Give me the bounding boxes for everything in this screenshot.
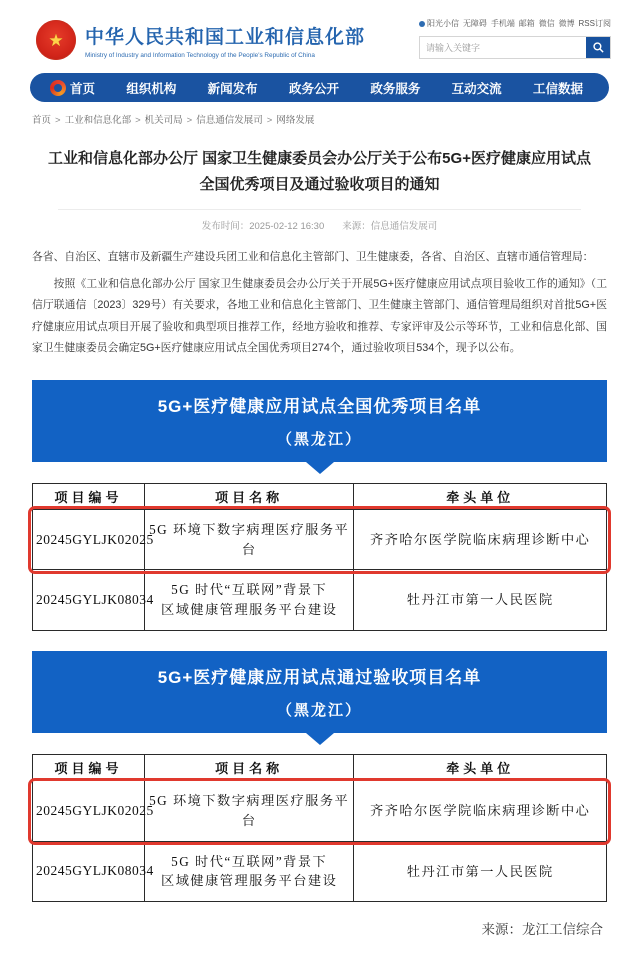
nav-item-5[interactable]: 政务服务 [370, 79, 420, 97]
page: ★ 中华人民共和国工业和信息化部 Ministry of Industry an… [0, 0, 639, 960]
project-table-1: 项目编号项目名称牵头单位20245GYLJK020255G 环境下数字病理医疗服… [32, 483, 607, 631]
search-input[interactable] [420, 37, 586, 58]
breadcrumb-link-1[interactable]: 首页 [32, 115, 51, 126]
breadcrumb-link-5[interactable]: 网络发展 [276, 115, 314, 126]
table-cell: 齐齐哈尔医学院临床病理诊断中心 [354, 509, 607, 570]
banner-title: 5G+医疗健康应用试点通过验收项目名单 [32, 663, 607, 688]
article-source: 来源：信息通信发展司 [342, 221, 437, 232]
nav-item-4[interactable]: 政务公开 [289, 79, 339, 97]
salutation: 各省、自治区、直辖市及新疆生产建设兵团工业和信息化主管部门、卫生健康委，各省、自… [32, 247, 607, 268]
table-row: 20245GYLJK080345G 时代“互联网”背景下区域健康管理服务平台建设… [33, 841, 607, 902]
table-cell: 20245GYLJK08034 [33, 570, 145, 631]
page-title-line2: 全国优秀项目及通过验收项目的通知 [199, 176, 439, 193]
column-header: 项目名称 [144, 755, 354, 781]
project-table: 项目编号项目名称牵头单位20245GYLJK020255G 环境下数字病理医疗服… [32, 483, 607, 631]
section-banner-2: 5G+医疗健康应用试点通过验收项目名单（黑龙江） [32, 651, 607, 733]
page-title-line1: 工业和信息化部办公厅 国家卫生健康委员会办公厅关于公布5G+医疗健康应用试点 [48, 150, 591, 167]
table-row: 20245GYLJK080345G 时代“互联网”背景下区域健康管理服务平台建设… [33, 570, 607, 631]
top-links: 阳光小信无障碍手机端邮箱微信微博RSS订阅 [419, 18, 611, 29]
title-divider [58, 209, 582, 210]
column-header: 项目名称 [144, 483, 354, 509]
nav-items: 首页组织机构新闻发布政务公开政务服务互动交流工信数据 [70, 79, 583, 97]
top-link-label: 微信 [539, 18, 555, 29]
top-link-6[interactable]: 微博 [559, 18, 575, 29]
search-icon [592, 41, 605, 54]
page-title: 工业和信息化部办公厅 国家卫生健康委员会办公厅关于公布5G+医疗健康应用试点 全… [45, 146, 595, 197]
search-box [419, 36, 611, 59]
banner-arrow-icon [306, 462, 334, 474]
top-link-label: 邮箱 [519, 18, 535, 29]
banner-subtitle: （黑龙江） [32, 428, 607, 449]
nav-item-1[interactable]: 首页 [70, 79, 95, 97]
nav-item-6[interactable]: 互动交流 [452, 79, 502, 97]
project-table: 项目编号项目名称牵头单位20245GYLJK020255G 环境下数字病理医疗服… [32, 754, 607, 902]
table-cell: 牡丹江市第一人民医院 [354, 570, 607, 631]
search-button[interactable] [586, 37, 610, 58]
breadcrumb-separator: > [267, 115, 273, 126]
table-header-row: 项目编号项目名称牵头单位 [33, 483, 607, 509]
top-link-7[interactable]: RSS订阅 [579, 18, 611, 29]
body-paragraph: 按照《工业和信息化部办公厅 国家卫生健康委员会办公厅关于开展5G+医疗健康应用试… [32, 274, 607, 360]
publish-time: 发布时间：2025-02-12 16:30 [202, 221, 325, 232]
table-cell: 20245GYLJK08034 [33, 841, 145, 902]
brand-text: 中华人民共和国工业和信息化部 Ministry of Industry and … [85, 22, 365, 59]
site-brand[interactable]: ★ 中华人民共和国工业和信息化部 Ministry of Industry an… [36, 20, 365, 60]
breadcrumb-separator: > [187, 115, 193, 126]
project-table-2: 项目编号项目名称牵头单位20245GYLJK020255G 环境下数字病理医疗服… [32, 754, 607, 902]
table-row: 20245GYLJK020255G 环境下数字病理医疗服务平台齐齐哈尔医学院临床… [33, 509, 607, 570]
top-link-label: RSS订阅 [579, 18, 611, 29]
breadcrumb-separator: > [55, 115, 61, 126]
breadcrumb-separator: > [135, 115, 141, 126]
site-header: ★ 中华人民共和国工业和信息化部 Ministry of Industry an… [0, 0, 639, 60]
section-banner-1: 5G+医疗健康应用试点全国优秀项目名单（黑龙江） [32, 380, 607, 462]
star-icon: ★ [48, 32, 63, 49]
nav-item-3[interactable]: 新闻发布 [208, 79, 258, 97]
table-cell: 5G 环境下数字病理医疗服务平台 [144, 509, 354, 570]
footer-source: 来源：龙江工信综合 [36, 918, 603, 938]
nav-item-7[interactable]: 工信数据 [533, 79, 583, 97]
table-header-row: 项目编号项目名称牵头单位 [33, 755, 607, 781]
table-row: 20245GYLJK020255G 环境下数字病理医疗服务平台齐齐哈尔医学院临床… [33, 781, 607, 842]
site-title: 中华人民共和国工业和信息化部 [85, 22, 365, 49]
table-cell: 20245GYLJK02025 [33, 781, 145, 842]
breadcrumb-link-3[interactable]: 机关司局 [145, 115, 183, 126]
nav-item-2[interactable]: 组织机构 [126, 79, 176, 97]
article: 工业和信息化部办公厅 国家卫生健康委员会办公厅关于公布5G+医疗健康应用试点 全… [0, 146, 639, 938]
top-link-label: 手机端 [491, 18, 515, 29]
column-header: 项目编号 [33, 755, 145, 781]
column-header: 牵头单位 [354, 755, 607, 781]
table-cell: 牡丹江市第一人民医院 [354, 841, 607, 902]
main-nav: 首页组织机构新闻发布政务公开政务服务互动交流工信数据 [30, 73, 609, 102]
column-header: 牵头单位 [354, 483, 607, 509]
table-cell: 5G 时代“互联网”背景下区域健康管理服务平台建设 [144, 570, 354, 631]
top-link-3[interactable]: 手机端 [491, 18, 515, 29]
header-right: 阳光小信无障碍手机端邮箱微信微博RSS订阅 [419, 18, 611, 59]
top-link-5[interactable]: 微信 [539, 18, 555, 29]
breadcrumb-link-2[interactable]: 工业和信息化部 [65, 115, 132, 126]
table-cell: 20245GYLJK02025 [33, 509, 145, 570]
table-cell: 5G 时代“互联网”背景下区域健康管理服务平台建设 [144, 841, 354, 902]
top-link-label: 微博 [559, 18, 575, 29]
sunshine-icon [419, 21, 425, 27]
column-header: 项目编号 [33, 483, 145, 509]
banner-subtitle: （黑龙江） [32, 699, 607, 720]
article-meta: 发布时间：2025-02-12 16:30来源：信息通信发展司 [0, 218, 639, 232]
miit-logo-icon [50, 80, 66, 96]
banner-title: 5G+医疗健康应用试点全国优秀项目名单 [32, 392, 607, 417]
banner-arrow-icon [306, 733, 334, 745]
project-sections: 5G+医疗健康应用试点全国优秀项目名单（黑龙江）项目编号项目名称牵头单位2024… [0, 380, 639, 902]
top-link-1[interactable]: 阳光小信 [419, 18, 459, 29]
table-cell: 5G 环境下数字病理医疗服务平台 [144, 781, 354, 842]
top-link-2[interactable]: 无障碍 [463, 18, 487, 29]
breadcrumb-link-4[interactable]: 信息通信发展司 [196, 115, 263, 126]
top-link-label: 阳光小信 [427, 18, 459, 29]
site-subtitle-en: Ministry of Industry and Information Tec… [85, 52, 365, 59]
top-link-4[interactable]: 邮箱 [519, 18, 535, 29]
national-emblem-logo: ★ [36, 20, 76, 60]
top-link-label: 无障碍 [463, 18, 487, 29]
table-cell: 齐齐哈尔医学院临床病理诊断中心 [354, 781, 607, 842]
breadcrumb: 首页>工业和信息化部>机关司局>信息通信发展司>网络发展 [32, 112, 607, 126]
